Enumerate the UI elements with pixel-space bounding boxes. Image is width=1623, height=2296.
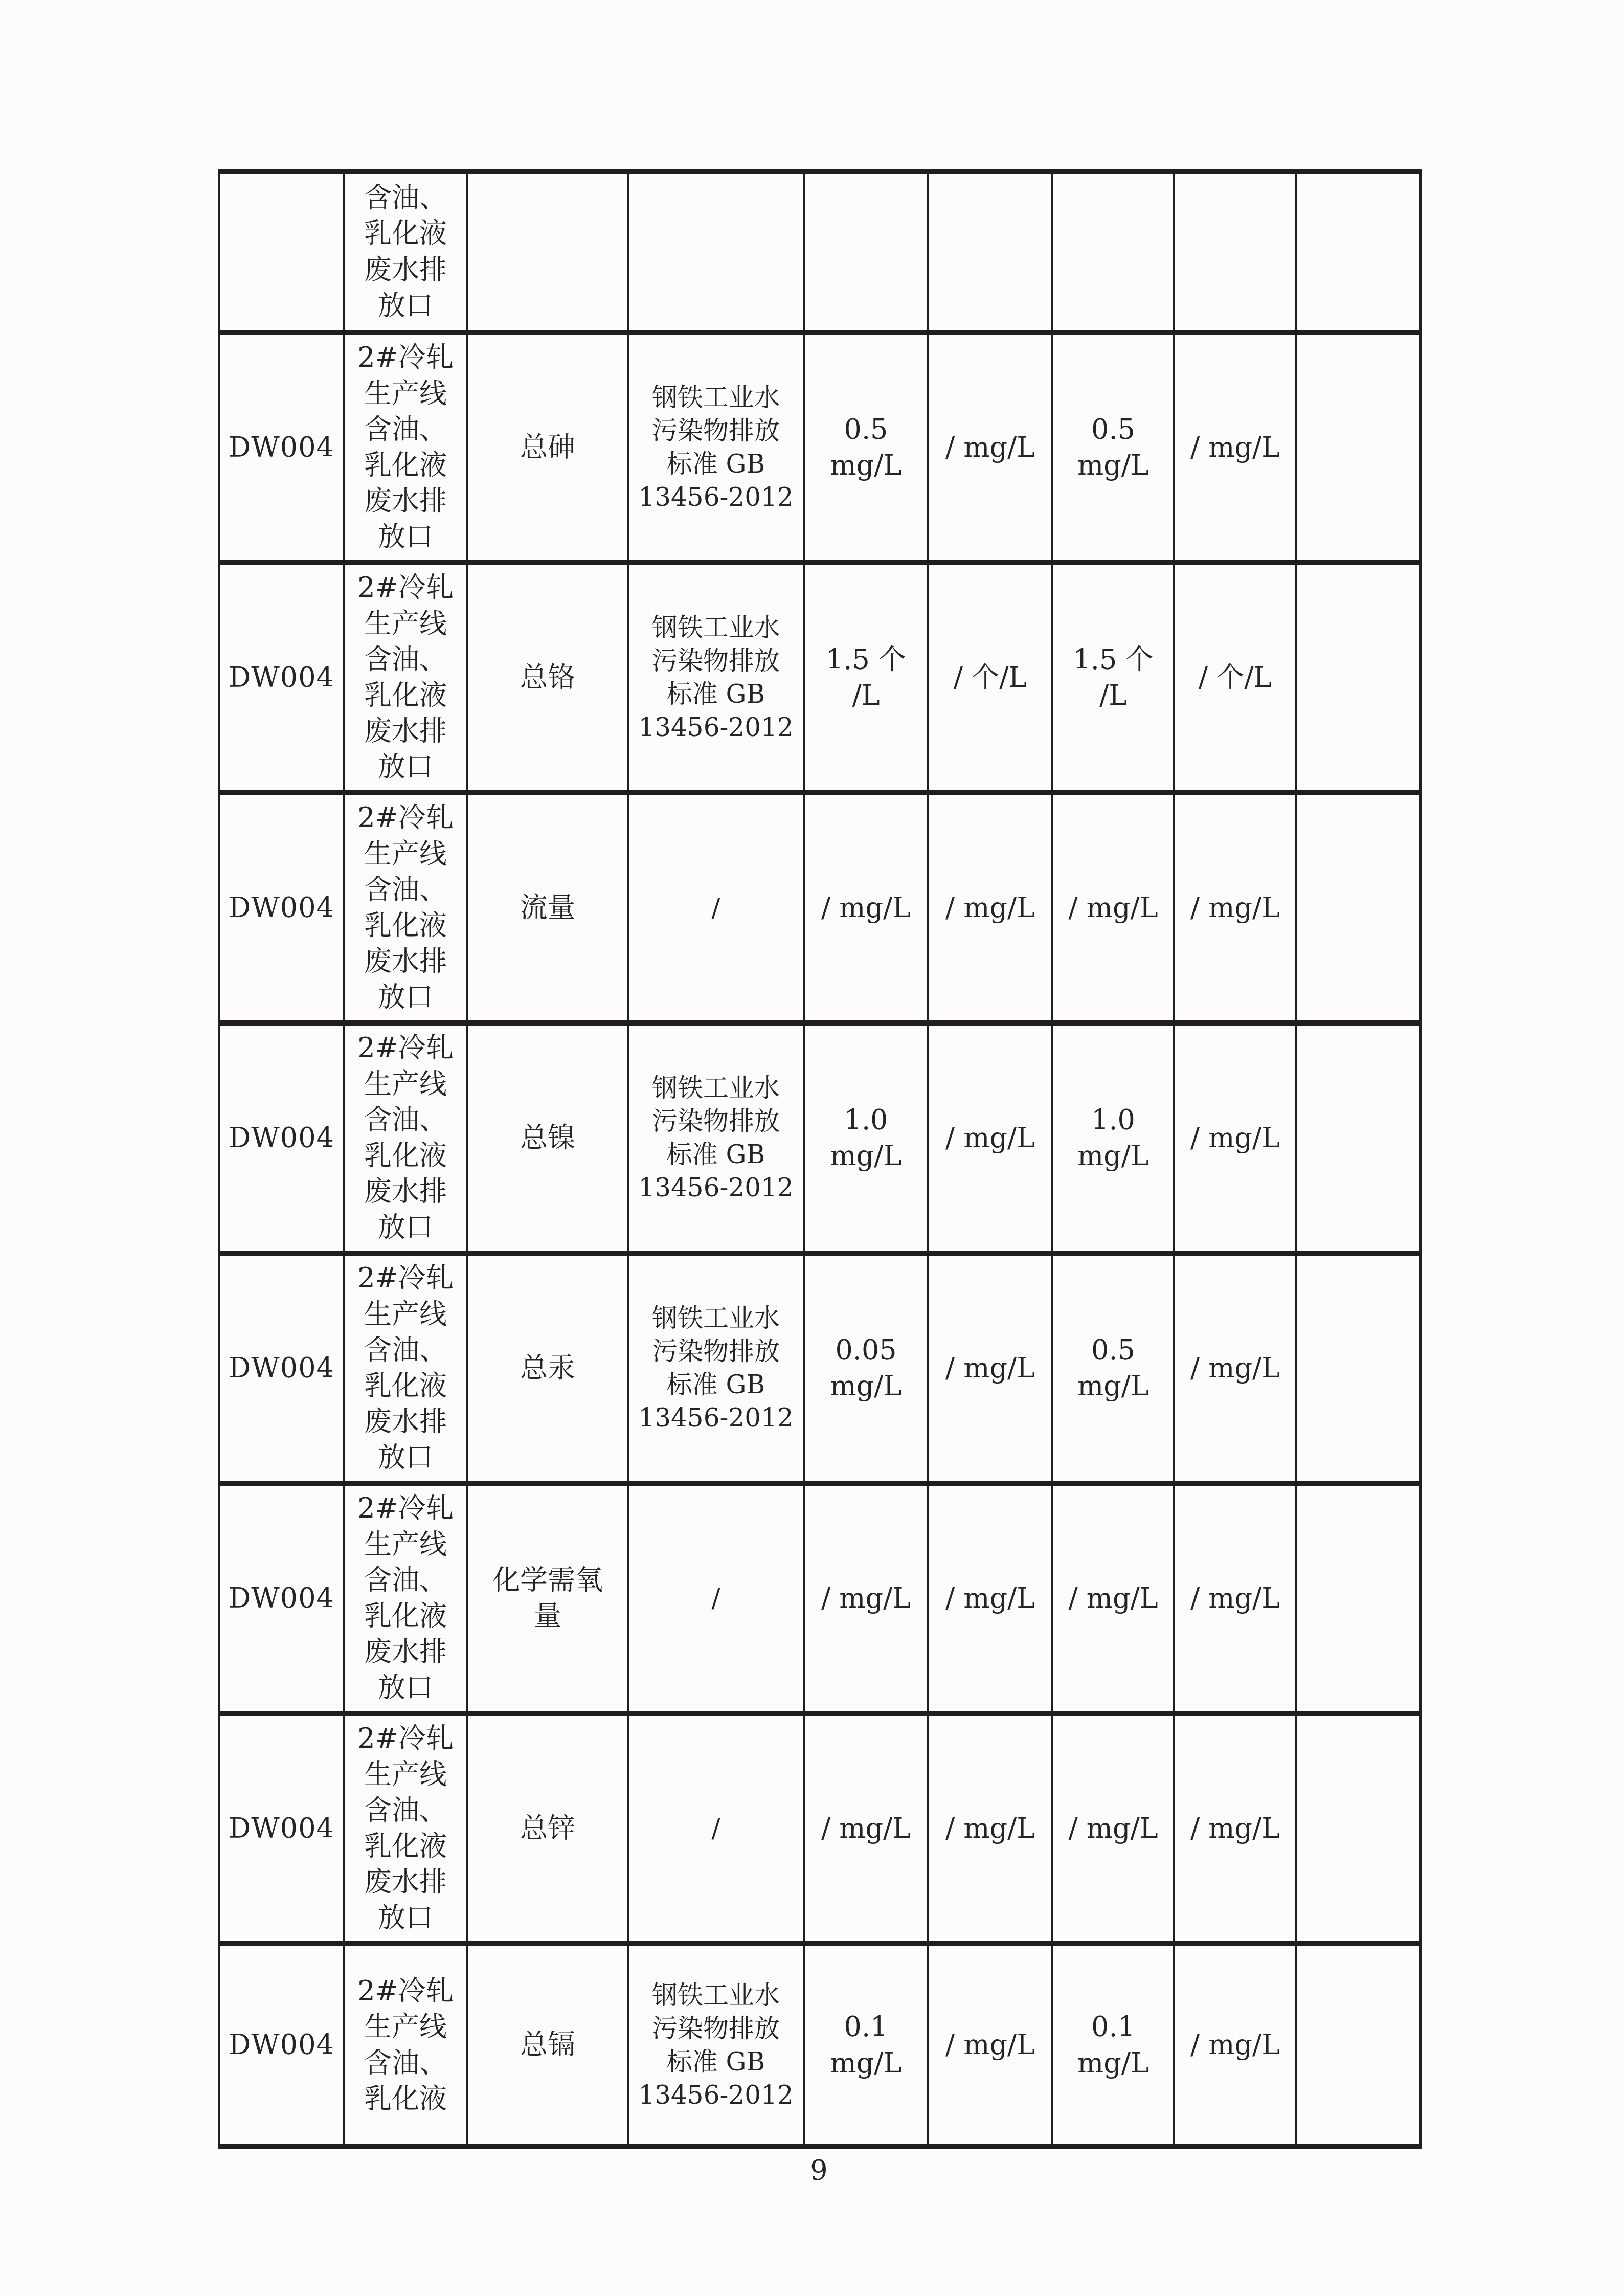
cell-unit-2 [1174, 171, 1296, 332]
cell-blank [1296, 1023, 1421, 1253]
cell-pollutant: 总镉 [467, 1944, 628, 2147]
cell-limit-1: 0.1 mg/L [804, 1944, 928, 2147]
table-row: DW0042#冷轧 生产线 含油、 乳化液 废水排 放口总砷钢铁工业水 污染物排… [219, 332, 1421, 563]
page-number: 9 [218, 2154, 1419, 2187]
cell-standard [628, 171, 804, 332]
cell-limit-2: 0.5 mg/L [1052, 1253, 1174, 1483]
cell-outlet-id: DW004 [219, 793, 344, 1023]
cell-blank [1296, 1713, 1421, 1944]
cell-unit-1: / 个/L [928, 563, 1052, 793]
cell-limit-1: / mg/L [804, 1713, 928, 1944]
cell-pollutant: 总砷 [467, 332, 628, 563]
scanned-document-page: 含油、 乳化液 废水排 放口DW0042#冷轧 生产线 含油、 乳化液 废水排 … [0, 0, 1623, 2296]
cell-blank [1296, 1483, 1421, 1713]
cell-blank [1296, 332, 1421, 563]
table-row: DW0042#冷轧 生产线 含油、 乳化液 废水排 放口总锌// mg/L/ m… [219, 1713, 1421, 1944]
cell-standard: / [628, 1713, 804, 1944]
cell-limit-1: 0.05 mg/L [804, 1253, 928, 1483]
cell-limit-2: / mg/L [1052, 1483, 1174, 1713]
cell-outlet-location: 2#冷轧 生产线 含油、 乳化液 废水排 放口 [344, 1253, 467, 1483]
cell-standard: 钢铁工业水 污染物排放 标准 GB 13456-2012 [628, 1944, 804, 2147]
cell-blank [1296, 1944, 1421, 2147]
cell-outlet-location: 2#冷轧 生产线 含油、 乳化液 废水排 放口 [344, 1713, 467, 1944]
cell-limit-2: / mg/L [1052, 793, 1174, 1023]
cell-unit-2: / 个/L [1174, 563, 1296, 793]
cell-outlet-location: 2#冷轧 生产线 含油、 乳化液 废水排 放口 [344, 1483, 467, 1713]
cell-outlet-id: DW004 [219, 332, 344, 563]
cell-outlet-id: DW004 [219, 563, 344, 793]
cell-limit-2: / mg/L [1052, 1713, 1174, 1944]
cell-limit-2: 1.0 mg/L [1052, 1023, 1174, 1253]
cell-outlet-id: DW004 [219, 1253, 344, 1483]
cell-unit-1: / mg/L [928, 332, 1052, 563]
cell-unit-1: / mg/L [928, 793, 1052, 1023]
cell-unit-1: / mg/L [928, 1023, 1052, 1253]
cell-pollutant: 流量 [467, 793, 628, 1023]
cell-limit-1 [804, 171, 928, 332]
cell-outlet-id: DW004 [219, 1713, 344, 1944]
cell-outlet-location: 含油、 乳化液 废水排 放口 [344, 171, 467, 332]
cell-standard: 钢铁工业水 污染物排放 标准 GB 13456-2012 [628, 563, 804, 793]
cell-unit-1 [928, 171, 1052, 332]
cell-limit-1: 1.5 个 /L [804, 563, 928, 793]
cell-unit-2: / mg/L [1174, 1023, 1296, 1253]
cell-pollutant: 总镍 [467, 1023, 628, 1253]
cell-outlet-id: DW004 [219, 1023, 344, 1253]
cell-limit-1: / mg/L [804, 793, 928, 1023]
cell-blank [1296, 171, 1421, 332]
cell-standard: / [628, 1483, 804, 1713]
cell-blank [1296, 563, 1421, 793]
cell-outlet-id [219, 171, 344, 332]
table-row: DW0042#冷轧 生产线 含油、 乳化液 废水排 放口总镍钢铁工业水 污染物排… [219, 1023, 1421, 1253]
cell-unit-2: / mg/L [1174, 1483, 1296, 1713]
cell-blank [1296, 793, 1421, 1023]
cell-outlet-id: DW004 [219, 1483, 344, 1713]
monitoring-table-body: 含油、 乳化液 废水排 放口DW0042#冷轧 生产线 含油、 乳化液 废水排 … [219, 171, 1421, 2147]
cell-unit-1: / mg/L [928, 1713, 1052, 1944]
cell-outlet-location: 2#冷轧 生产线 含油、 乳化液 废水排 放口 [344, 332, 467, 563]
cell-pollutant: 总锌 [467, 1713, 628, 1944]
cell-unit-1: / mg/L [928, 1483, 1052, 1713]
cell-standard: 钢铁工业水 污染物排放 标准 GB 13456-2012 [628, 332, 804, 563]
cell-pollutant: 总铬 [467, 563, 628, 793]
cell-unit-2: / mg/L [1174, 1253, 1296, 1483]
cell-pollutant: 化学需氧 量 [467, 1483, 628, 1713]
cell-unit-2: / mg/L [1174, 332, 1296, 563]
table-row: DW0042#冷轧 生产线 含油、 乳化液 废水排 放口总汞钢铁工业水 污染物排… [219, 1253, 1421, 1483]
cell-blank [1296, 1253, 1421, 1483]
table-row: DW0042#冷轧 生产线 含油、 乳化液 废水排 放口化学需氧 量// mg/… [219, 1483, 1421, 1713]
cell-limit-1: / mg/L [804, 1483, 928, 1713]
cell-standard: / [628, 793, 804, 1023]
cell-pollutant [467, 171, 628, 332]
cell-unit-1: / mg/L [928, 1253, 1052, 1483]
cell-limit-1: 0.5 mg/L [804, 332, 928, 563]
cell-standard: 钢铁工业水 污染物排放 标准 GB 13456-2012 [628, 1253, 804, 1483]
table-row: DW0042#冷轧 生产线 含油、 乳化液总镉钢铁工业水 污染物排放 标准 GB… [219, 1944, 1421, 2147]
cell-pollutant: 总汞 [467, 1253, 628, 1483]
cell-unit-2: / mg/L [1174, 1944, 1296, 2147]
cell-outlet-location: 2#冷轧 生产线 含油、 乳化液 [344, 1944, 467, 2147]
cell-outlet-id: DW004 [219, 1944, 344, 2147]
cell-limit-1: 1.0 mg/L [804, 1023, 928, 1253]
cell-unit-2: / mg/L [1174, 793, 1296, 1023]
cell-limit-2: 0.1 mg/L [1052, 1944, 1174, 2147]
monitoring-table: 含油、 乳化液 废水排 放口DW0042#冷轧 生产线 含油、 乳化液 废水排 … [218, 169, 1422, 2149]
cell-outlet-location: 2#冷轧 生产线 含油、 乳化液 废水排 放口 [344, 563, 467, 793]
cell-standard: 钢铁工业水 污染物排放 标准 GB 13456-2012 [628, 1023, 804, 1253]
cell-limit-2: 1.5 个 /L [1052, 563, 1174, 793]
cell-unit-1: / mg/L [928, 1944, 1052, 2147]
cell-outlet-location: 2#冷轧 生产线 含油、 乳化液 废水排 放口 [344, 793, 467, 1023]
table-row: 含油、 乳化液 废水排 放口 [219, 171, 1421, 332]
table-row: DW0042#冷轧 生产线 含油、 乳化液 废水排 放口流量// mg/L/ m… [219, 793, 1421, 1023]
cell-limit-2 [1052, 171, 1174, 332]
cell-unit-2: / mg/L [1174, 1713, 1296, 1944]
cell-outlet-location: 2#冷轧 生产线 含油、 乳化液 废水排 放口 [344, 1023, 467, 1253]
cell-limit-2: 0.5 mg/L [1052, 332, 1174, 563]
table-row: DW0042#冷轧 生产线 含油、 乳化液 废水排 放口总铬钢铁工业水 污染物排… [219, 563, 1421, 793]
